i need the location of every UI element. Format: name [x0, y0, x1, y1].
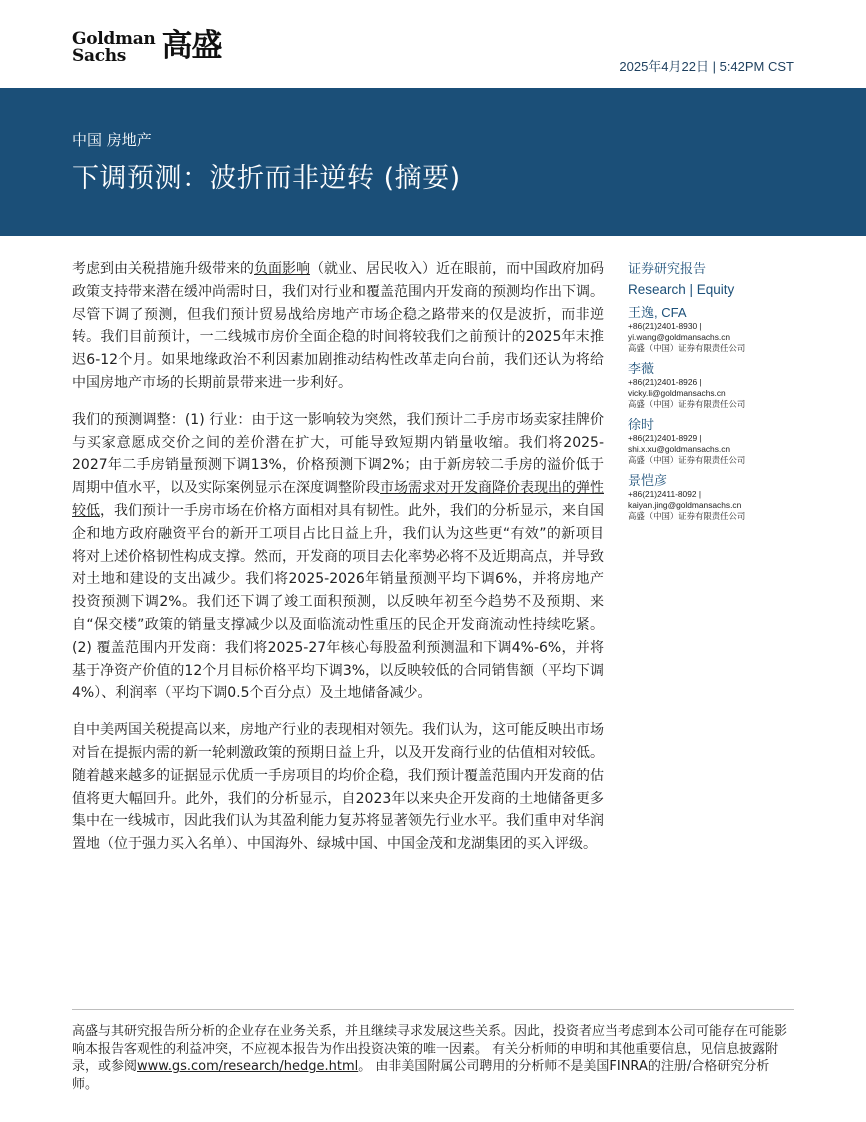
analyst-phone: +86(21)2411-8092 |	[628, 489, 798, 500]
analyst-email[interactable]: kaiyan.jing@goldmansachs.cn	[628, 500, 798, 511]
sidebar-heading: 证券研究报告	[628, 260, 798, 280]
logo-english: Goldman Sachs	[72, 31, 155, 65]
disclosure-footer: 高盛与其研究报告所分析的企业存在业务关系，并且继续寻求发展这些关系。因此，投资者…	[72, 1023, 794, 1093]
analyst-card: 徐时 +86(21)2401-8929 | shi.x.xu@goldmansa…	[628, 416, 798, 466]
analyst-company: 高盛（中国）证券有限责任公司	[628, 399, 798, 410]
analyst-phone: +86(21)2401-8929 |	[628, 433, 798, 444]
analyst-card: 景恺彦 +86(21)2411-8092 | kaiyan.jing@goldm…	[628, 472, 798, 522]
analyst-card: 王逸, CFA +86(21)2401-8930 | yi.wang@goldm…	[628, 304, 798, 354]
analyst-name: 徐时	[628, 416, 798, 433]
p1-text-b: （就业、居民收入）近在眼前，而中国政府加码政策支持带来潜在缓冲尚需时日，我们对行…	[72, 261, 604, 391]
hedge-disclosure-link[interactable]: www.gs.com/research/hedge.html	[137, 1059, 358, 1074]
logo-chinese: 高盛	[161, 29, 221, 63]
title-banner: 中国 房地产 下调预测：波折而非逆转 (摘要)	[0, 88, 866, 236]
goldman-sachs-logo: Goldman Sachs 高盛	[72, 31, 221, 65]
analyst-name: 李薇	[628, 360, 798, 377]
analyst-email[interactable]: shi.x.xu@goldmansachs.cn	[628, 444, 798, 455]
analyst-name: 景恺彦	[628, 472, 798, 489]
paragraph-2: 我们的预测调整：(1) 行业：由于这一影响较为突然，我们预计二手房市场卖家挂牌价…	[72, 409, 604, 705]
analyst-company: 高盛（中国）证券有限责任公司	[628, 455, 798, 466]
report-timestamp: 2025年4月22日 | 5:42PM CST	[619, 56, 794, 75]
analyst-card: 李薇 +86(21)2401-8926 | vicky.li@goldmansa…	[628, 360, 798, 410]
page-title: 下调预测：波折而非逆转 (摘要)	[72, 156, 461, 195]
p2-text-b: ，我们预计一手房市场在价格方面相对具有韧性。此外，我们的分析显示，来自国企和地方…	[72, 503, 604, 701]
analyst-company: 高盛（中国）证券有限责任公司	[628, 511, 798, 522]
analyst-company: 高盛（中国）证券有限责任公司	[628, 343, 798, 354]
report-category: 中国 房地产	[72, 129, 152, 150]
analyst-name: 王逸, CFA	[628, 304, 798, 321]
paragraph-3: 自中美两国关税提高以来，房地产行业的表现相对领先。我们认为，这可能反映出市场对旨…	[72, 719, 604, 856]
analyst-email[interactable]: vicky.li@goldmansachs.cn	[628, 388, 798, 399]
negative-impact-link[interactable]: 负面影响	[254, 261, 310, 277]
analyst-phone: +86(21)2401-8926 |	[628, 377, 798, 388]
analyst-phone: +86(21)2401-8930 |	[628, 321, 798, 332]
sidebar-subheading: Research | Equity	[628, 280, 798, 300]
analyst-email[interactable]: yi.wang@goldmansachs.cn	[628, 332, 798, 343]
footer-divider	[72, 1009, 794, 1010]
analyst-sidebar: 证券研究报告 Research | Equity 王逸, CFA +86(21)…	[628, 260, 798, 528]
paragraph-1: 考虑到由关税措施升级带来的负面影响（就业、居民收入）近在眼前，而中国政府加码政策…	[72, 258, 604, 395]
report-body: 考虑到由关税措施升级带来的负面影响（就业、居民收入）近在眼前，而中国政府加码政策…	[72, 258, 604, 870]
p1-text-a: 考虑到由关税措施升级带来的	[72, 261, 254, 277]
logo-line-2: Sachs	[72, 48, 155, 65]
